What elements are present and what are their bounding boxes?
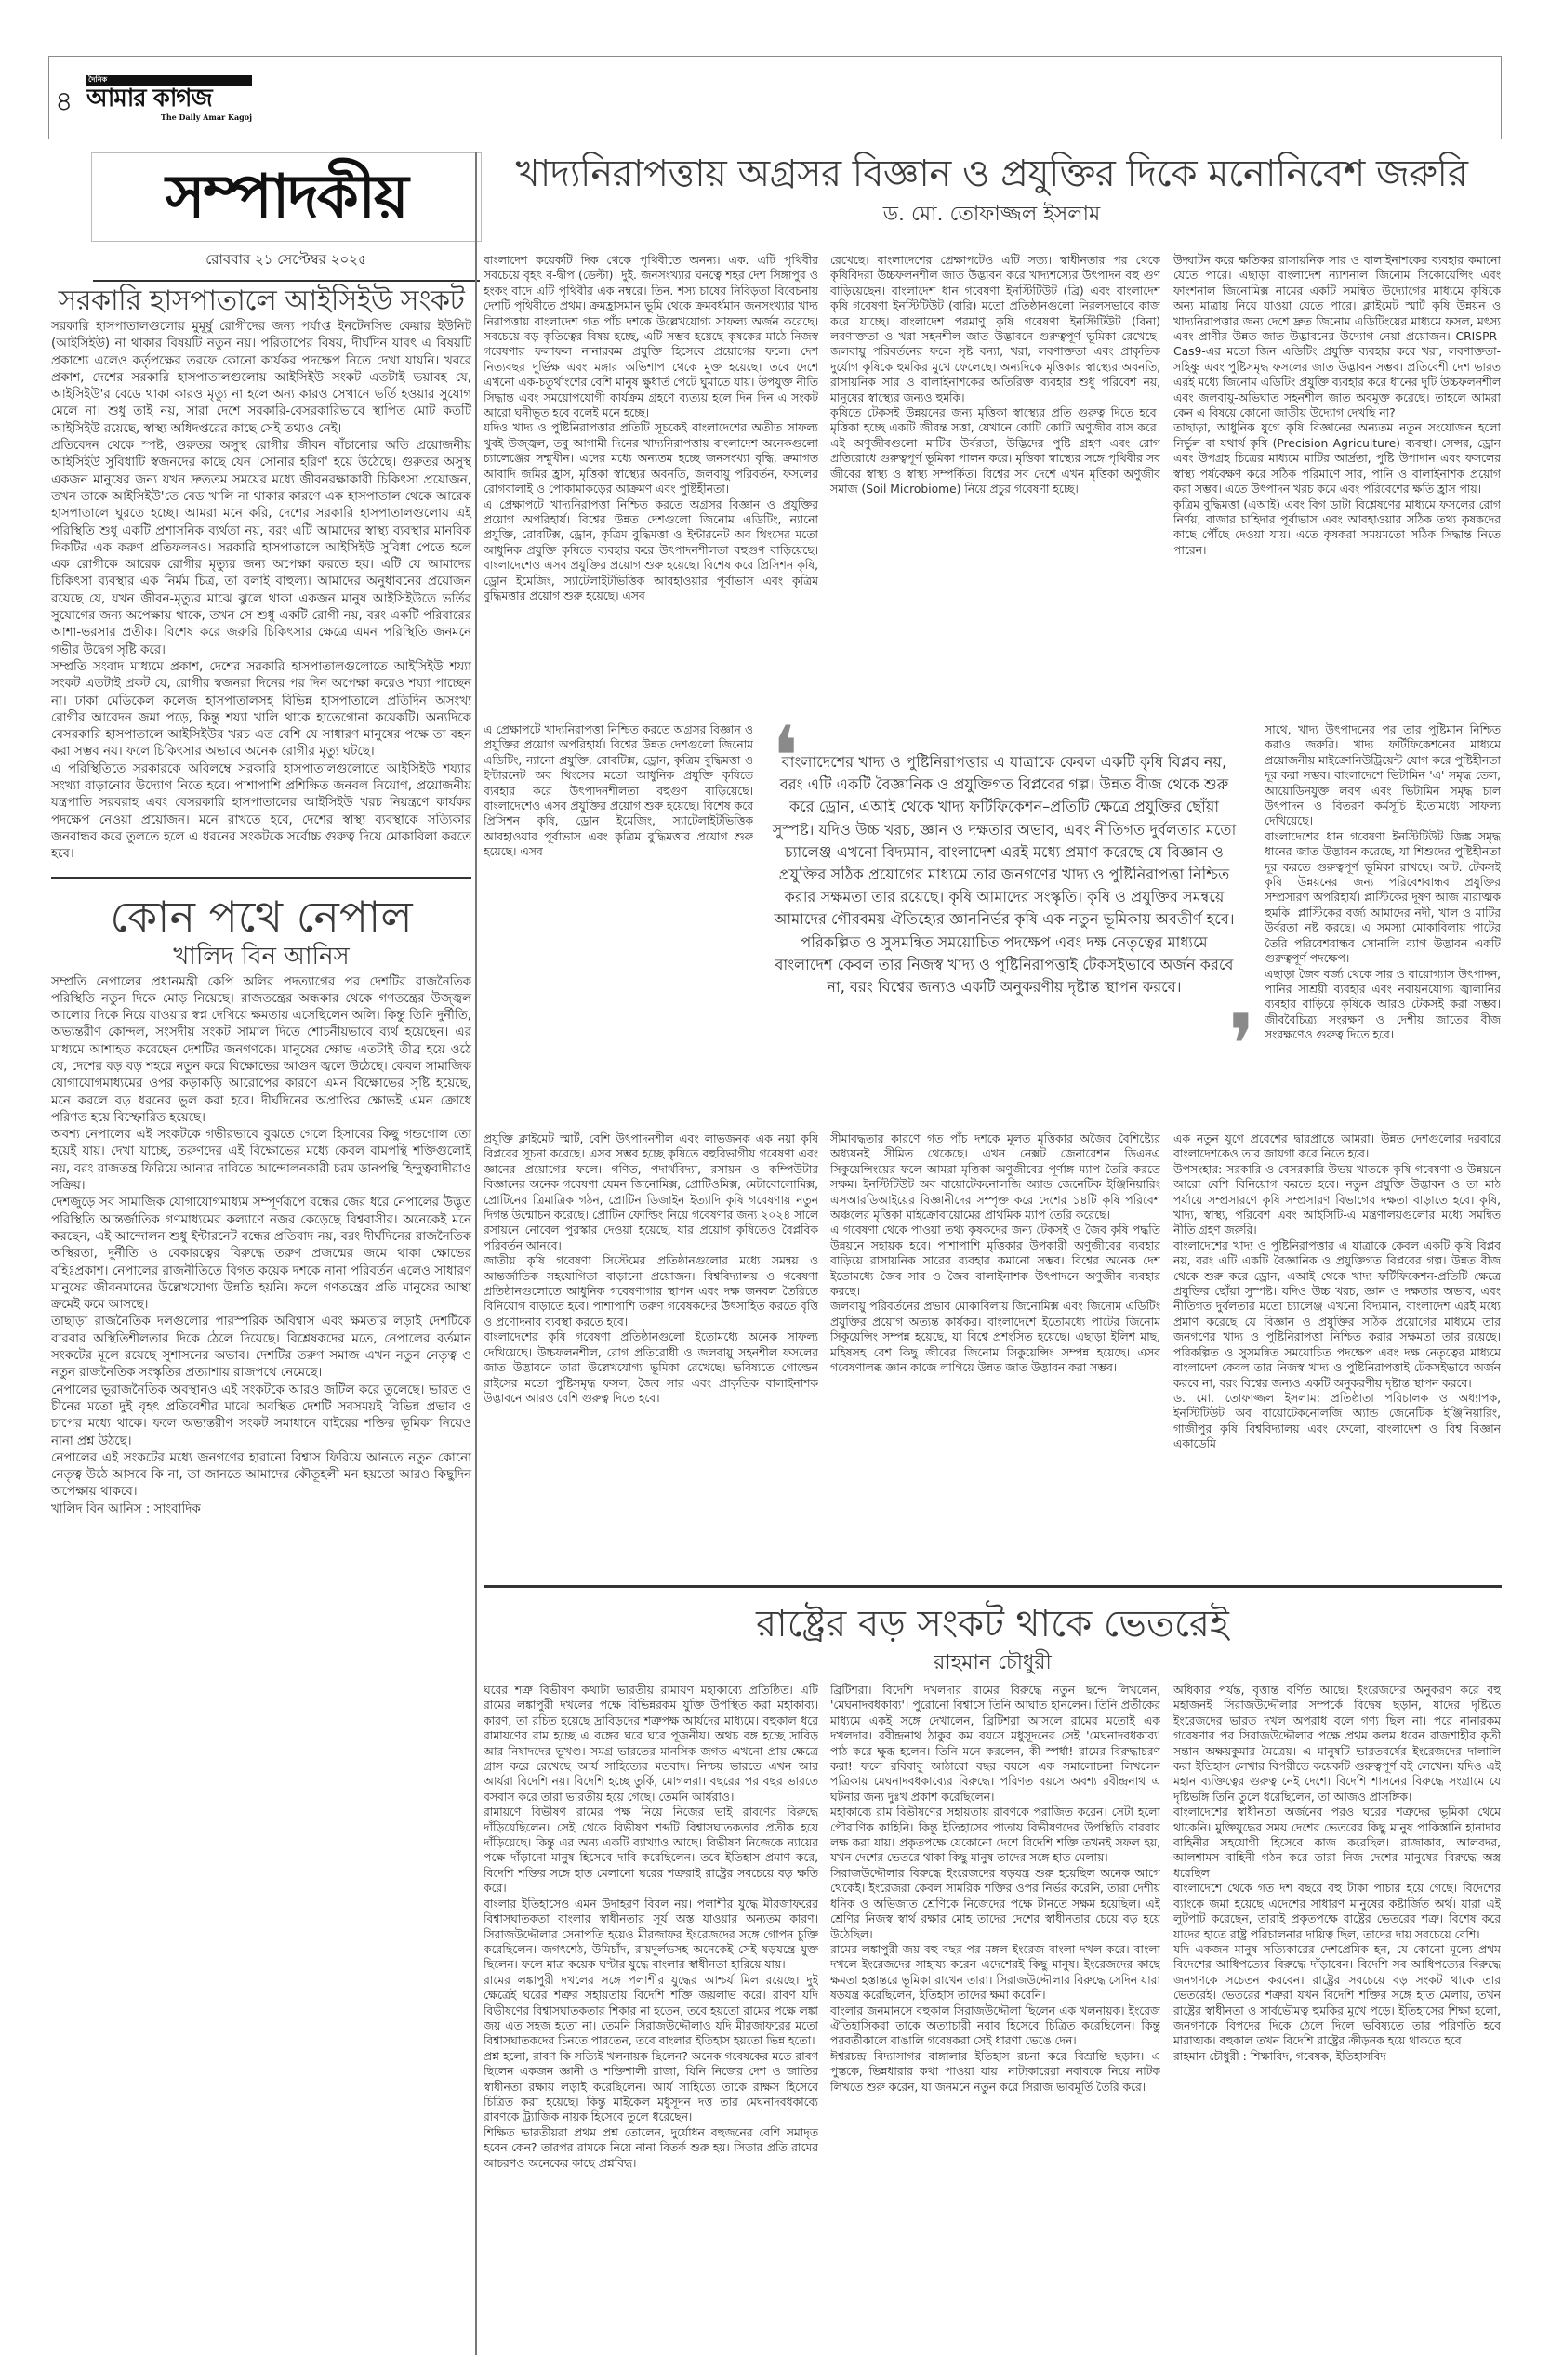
logo-name: আমার কাগজ (86, 85, 212, 112)
article-a-column-1-mid: এ প্রেক্ষাপটে খাদ্যনিরাপত্তা নিশ্চিত করত… (484, 722, 753, 1131)
paragraph: বাংলাদেশের খাদ্য ও পুষ্টিনিরাপত্তার এ যা… (1173, 1238, 1501, 1391)
article-a-column-3-bottom: এক নতুন যুগে প্রবেশের দ্বারপ্রান্তে আমরা… (1173, 1131, 1501, 1578)
paragraph: রামের লঙ্কাপুরী জয় বহু বছর পর মঙ্গল ইংর… (830, 1942, 1160, 2003)
page-number: ৪ (55, 79, 73, 126)
column-separator (475, 152, 477, 2355)
editorial-date: রোববার ২১ সেপ্টেম্বর ২০২৫ (91, 249, 482, 272)
paragraph: প্রশ্ন হলো, রাবণ কি সত্যিই খলনায়ক ছিলেন… (484, 2049, 818, 2125)
editorial-title-box: সম্পাদকীয় (91, 152, 482, 242)
editorial-byline-2: খালিদ বিন আনিস (51, 943, 471, 971)
article-a-column-2-top: রেখেছে। বাংলাদেশের প্রেক্ষাপটেও এটি সত্য… (830, 253, 1160, 708)
paragraph: জাতীয় কৃষি গবেষণা সিস্টেমের প্রতিষ্ঠানগ… (484, 1253, 818, 1329)
paragraph: সরকারি হাসপাতালগুলোয় মুমূর্ষু রোগীদের জ… (51, 319, 471, 438)
article-food-security: খাদ্যনিরাপত্তায় অগ্রসর বিজ্ঞান ও প্রযুক… (482, 152, 1502, 228)
article-b-column-3: অধিকার পর্যন্ত, বৃত্তান্ত বর্ণিত আছে। ইং… (1173, 1683, 1501, 2306)
divider (93, 280, 480, 282)
paragraph: প্রযুক্তি ক্লাইমেট স্মার্ট, বেশি উৎপাদনশ… (484, 1131, 818, 1253)
editorial-column: সম্পাদকীয় রোববার ২১ সেপ্টেম্বর ২০২৫ সরক… (51, 149, 471, 1518)
article-a-headline: খাদ্যনিরাপত্তায় অগ্রসর বিজ্ঞান ও প্রযুক… (482, 152, 1502, 196)
article-a-byline: ড. মো. তোফাজ্জল ইসলাম (482, 202, 1502, 228)
paragraph: তাছাড়া রাজনৈতিক দলগুলোর পারস্পরিক অবিশ্… (51, 1314, 471, 1382)
author-note: ড. মো. তোফাজ্জল ইসলাম: প্রতিষ্ঠাতা পরিচা… (1173, 1391, 1501, 1452)
pull-quote-text: বাংলাদেশের খাদ্য ও পুষ্টিনিরাপত্তার এ যা… (772, 751, 1237, 998)
author-note: রাহমান চৌধুরী : শিক্ষাবিদ, গবেষক, ইতিহাস… (1173, 2049, 1501, 2064)
paragraph: অবশ্য নেপালের এই সংকটকে গভীরভাবে বুঝতে গ… (51, 1127, 471, 1195)
author-note: খালিদ বিন আনিস : সাংবাদিক (51, 1501, 471, 1518)
paragraph: যদি একজন মানুষ সত্যিকারের দেশপ্রেমিক হন,… (1173, 1942, 1501, 2049)
article-a-column-3-mid: সাথে, খাদ্য উৎপাদনের পর তার পুষ্টিমান নি… (1265, 722, 1501, 1131)
paragraph: নেপালের ভূরাজনৈতিক অবস্থানও এই সংকটকে আর… (51, 1382, 471, 1450)
editorial-article-2-body: সম্প্রতি নেপালের প্রধানমন্ত্রী কেপি অলির… (51, 974, 471, 1519)
editorial-headline-1: সরকারি হাসপাতালে আইসিইউ সংকট (51, 284, 471, 319)
article-a-column-1-top: বাংলাদেশ কয়েকটি দিক থেকে পৃথিবীতে অনন্য… (484, 253, 818, 722)
editorial-headline-2: কোন পথে নেপাল (51, 891, 471, 943)
paragraph: নেপালের এই সংকটের মধ্যে জনগণের হারানো বি… (51, 1450, 471, 1501)
paragraph: উপসংহার: সরকারি ও বেসরকারি উভয় খাতকে কৃ… (1173, 1162, 1501, 1238)
paragraph: শিক্ষিত ভারতীয়রা প্রথম প্রশ্ন তোলেন, দু… (484, 2125, 818, 2171)
paragraph: রেখেছে। বাংলাদেশের প্রেক্ষাপটেও এটি সত্য… (830, 253, 1160, 405)
paragraph: ব্রিটিশরা। বিদেশি দখলদার রামের বিরুদ্ধে … (830, 1683, 1160, 1805)
logo-subtitle: The Daily Amar Kagoj (161, 112, 252, 122)
paragraph: বাংলার ইতিহাসেও এমন উদাহরণ বিরল নয়। পলা… (484, 1897, 818, 1973)
divider (484, 1585, 1502, 1588)
paragraph: বাংলার জনমানসে বহুকাল সিরাজউদ্দৌলা ছিলেন… (830, 2003, 1160, 2049)
paragraph: উদ্ঘাটন করে ক্ষতিকর রাসায়নিক সার ও বালা… (1173, 253, 1501, 420)
paragraph: কৃষিতে টেকসই উন্নয়নের জন্য মৃত্তিকা স্ব… (830, 405, 1160, 496)
editorial-section-title: সম্পাদকীয় (166, 167, 406, 227)
article-a-column-2-bottom: সীমাবদ্ধতার কারণে গত পাঁচ দশকে মূলত মৃত্… (830, 1131, 1160, 1576)
paragraph: ঘরের শত্রু বিভীষণ কথাটা ভারতীয় রামায়ণ … (484, 1683, 818, 1805)
paragraph: রামায়ণে বিভীষণ রামের পক্ষ নিয়ে নিজের ভ… (484, 1805, 818, 1896)
paragraph: রামের লঙ্কাপুরী দখলের সঙ্গে পলাশীর যুদ্ধ… (484, 1973, 818, 2049)
article-b-column-2: ব্রিটিশরা। বিদেশি দখলদার রামের বিরুদ্ধে … (830, 1683, 1160, 2357)
paragraph: জলবায়ু পরিবর্তনের প্রভাব মোকাবিলায় জিন… (830, 1299, 1160, 1375)
paragraph: যদিও খাদ্য ও পুষ্টিনিরাপত্তার প্রতিটি সূ… (484, 420, 818, 496)
masthead: ৪ দৈনিক আমার কাগজ The Daily Amar Kagoj (48, 56, 1502, 139)
paragraph: সীমাবদ্ধতার কারণে গত পাঁচ দশকে মূলত মৃত্… (830, 1131, 1160, 1223)
paragraph: এ গবেষণা থেকে পাওয়া তথ্য কৃষকদের জন্য ট… (830, 1223, 1160, 1299)
paragraph: এ প্রেক্ষাপটে খাদ্যনিরাপত্তা নিশ্চিত করত… (484, 497, 818, 604)
newspaper-logo: দৈনিক আমার কাগজ The Daily Amar Kagoj (86, 75, 252, 124)
paragraph: সম্প্রতি নেপালের প্রধানমন্ত্রী কেপি অলির… (51, 974, 471, 1128)
paragraph: এছাড়া জৈব বর্জ্য থেকে সার ও বায়োগ্যাস … (1265, 967, 1501, 1043)
paragraph: সাথে, খাদ্য উৎপাদনের পর তার পুষ্টিমান নি… (1265, 722, 1501, 829)
paragraph: দেশজুড়ে সব সামাজিক যোগাযোগমাধ্যম সম্পূর… (51, 1195, 471, 1314)
paragraph: বাংলাদেশের ধান গবেষণা ইনস্টিটিউট জিঙ্ক স… (1265, 829, 1501, 967)
paragraph: সিরাজউদ্দৌলার বিরুদ্ধে ইংরেজদের ষড়যন্ত্… (830, 1866, 1160, 1942)
pull-quote: ❛ বাংলাদেশের খাদ্য ও পুষ্টিনিরাপত্তার এ … (762, 716, 1255, 1116)
paragraph: কৃত্রিম বুদ্ধিমত্তা (এআই) এবং বিগ ডাটা ব… (1173, 497, 1501, 559)
paragraph: ঈশ্বরচন্দ্র বিদ্যাসাগর বাঙ্গালার ইতিহাস … (830, 2049, 1160, 2095)
paragraph: এ প্রেক্ষাপটে খাদ্যনিরাপত্তা নিশ্চিত করত… (484, 722, 753, 860)
paragraph: বাংলাদেশ কয়েকটি দিক থেকে পৃথিবীতে অনন্য… (484, 253, 818, 420)
paragraph: সম্প্রতি সংবাদ মাধ্যমে প্রকাশ, দেশের সরক… (51, 659, 471, 761)
paragraph: মহাকাব্যে রাম বিভীষণের সহায়তায় রাবণকে … (830, 1805, 1160, 1866)
paragraph: অধিকার পর্যন্ত, বৃত্তান্ত বর্ণিত আছে। ইং… (1173, 1683, 1501, 1805)
article-b-column-1: ঘরের শত্রু বিভীষণ কথাটা ভারতীয় রামায়ণ … (484, 1683, 818, 2357)
article-b-byline: রাহমান চৌধুরী (484, 1650, 1502, 1676)
editorial-article-1-body: সরকারি হাসপাতালগুলোয় মুমূর্ষু রোগীদের জ… (51, 319, 471, 864)
paragraph: প্রতিবেদন থেকে স্পষ্ট, গুরুতর অসুস্থ রোগ… (51, 438, 471, 659)
article-b-headline: রাষ্ট্রের বড় সংকট থাকে ভেতরেই (484, 1601, 1502, 1647)
close-quote-icon: ❜ (1228, 1004, 1255, 1088)
paragraph: তাছাড়া, আধুনিক যুগে কৃষি বিজ্ঞানের অন্য… (1173, 420, 1501, 496)
paragraph: এক নতুন যুগে প্রবেশের দ্বারপ্রান্তে আমরা… (1173, 1131, 1501, 1162)
paragraph: এ পরিস্থিতিতে সরকারকে অবিলম্বে সরকারি হা… (51, 761, 471, 864)
article-a-column-1-bottom: প্রযুক্তি ক্লাইমেট স্মার্ট, বেশি উৎপাদনশ… (484, 1131, 818, 1576)
article-a-column-3-top: উদ্ঘাটন করে ক্ষতিকর রাসায়নিক সার ও বালা… (1173, 253, 1501, 722)
paragraph: বাংলাদেশে থেকে গত দশ বছরে বহু টাকা পাচার… (1173, 1881, 1501, 1942)
paragraph: বাংলাদেশের স্বাধীনতা অর্জনের পরও ঘরের শত… (1173, 1805, 1501, 1881)
paragraph: বাংলাদেশের কৃষি গবেষণা প্রতিষ্ঠানগুলো ইত… (484, 1329, 818, 1406)
divider (51, 877, 471, 879)
